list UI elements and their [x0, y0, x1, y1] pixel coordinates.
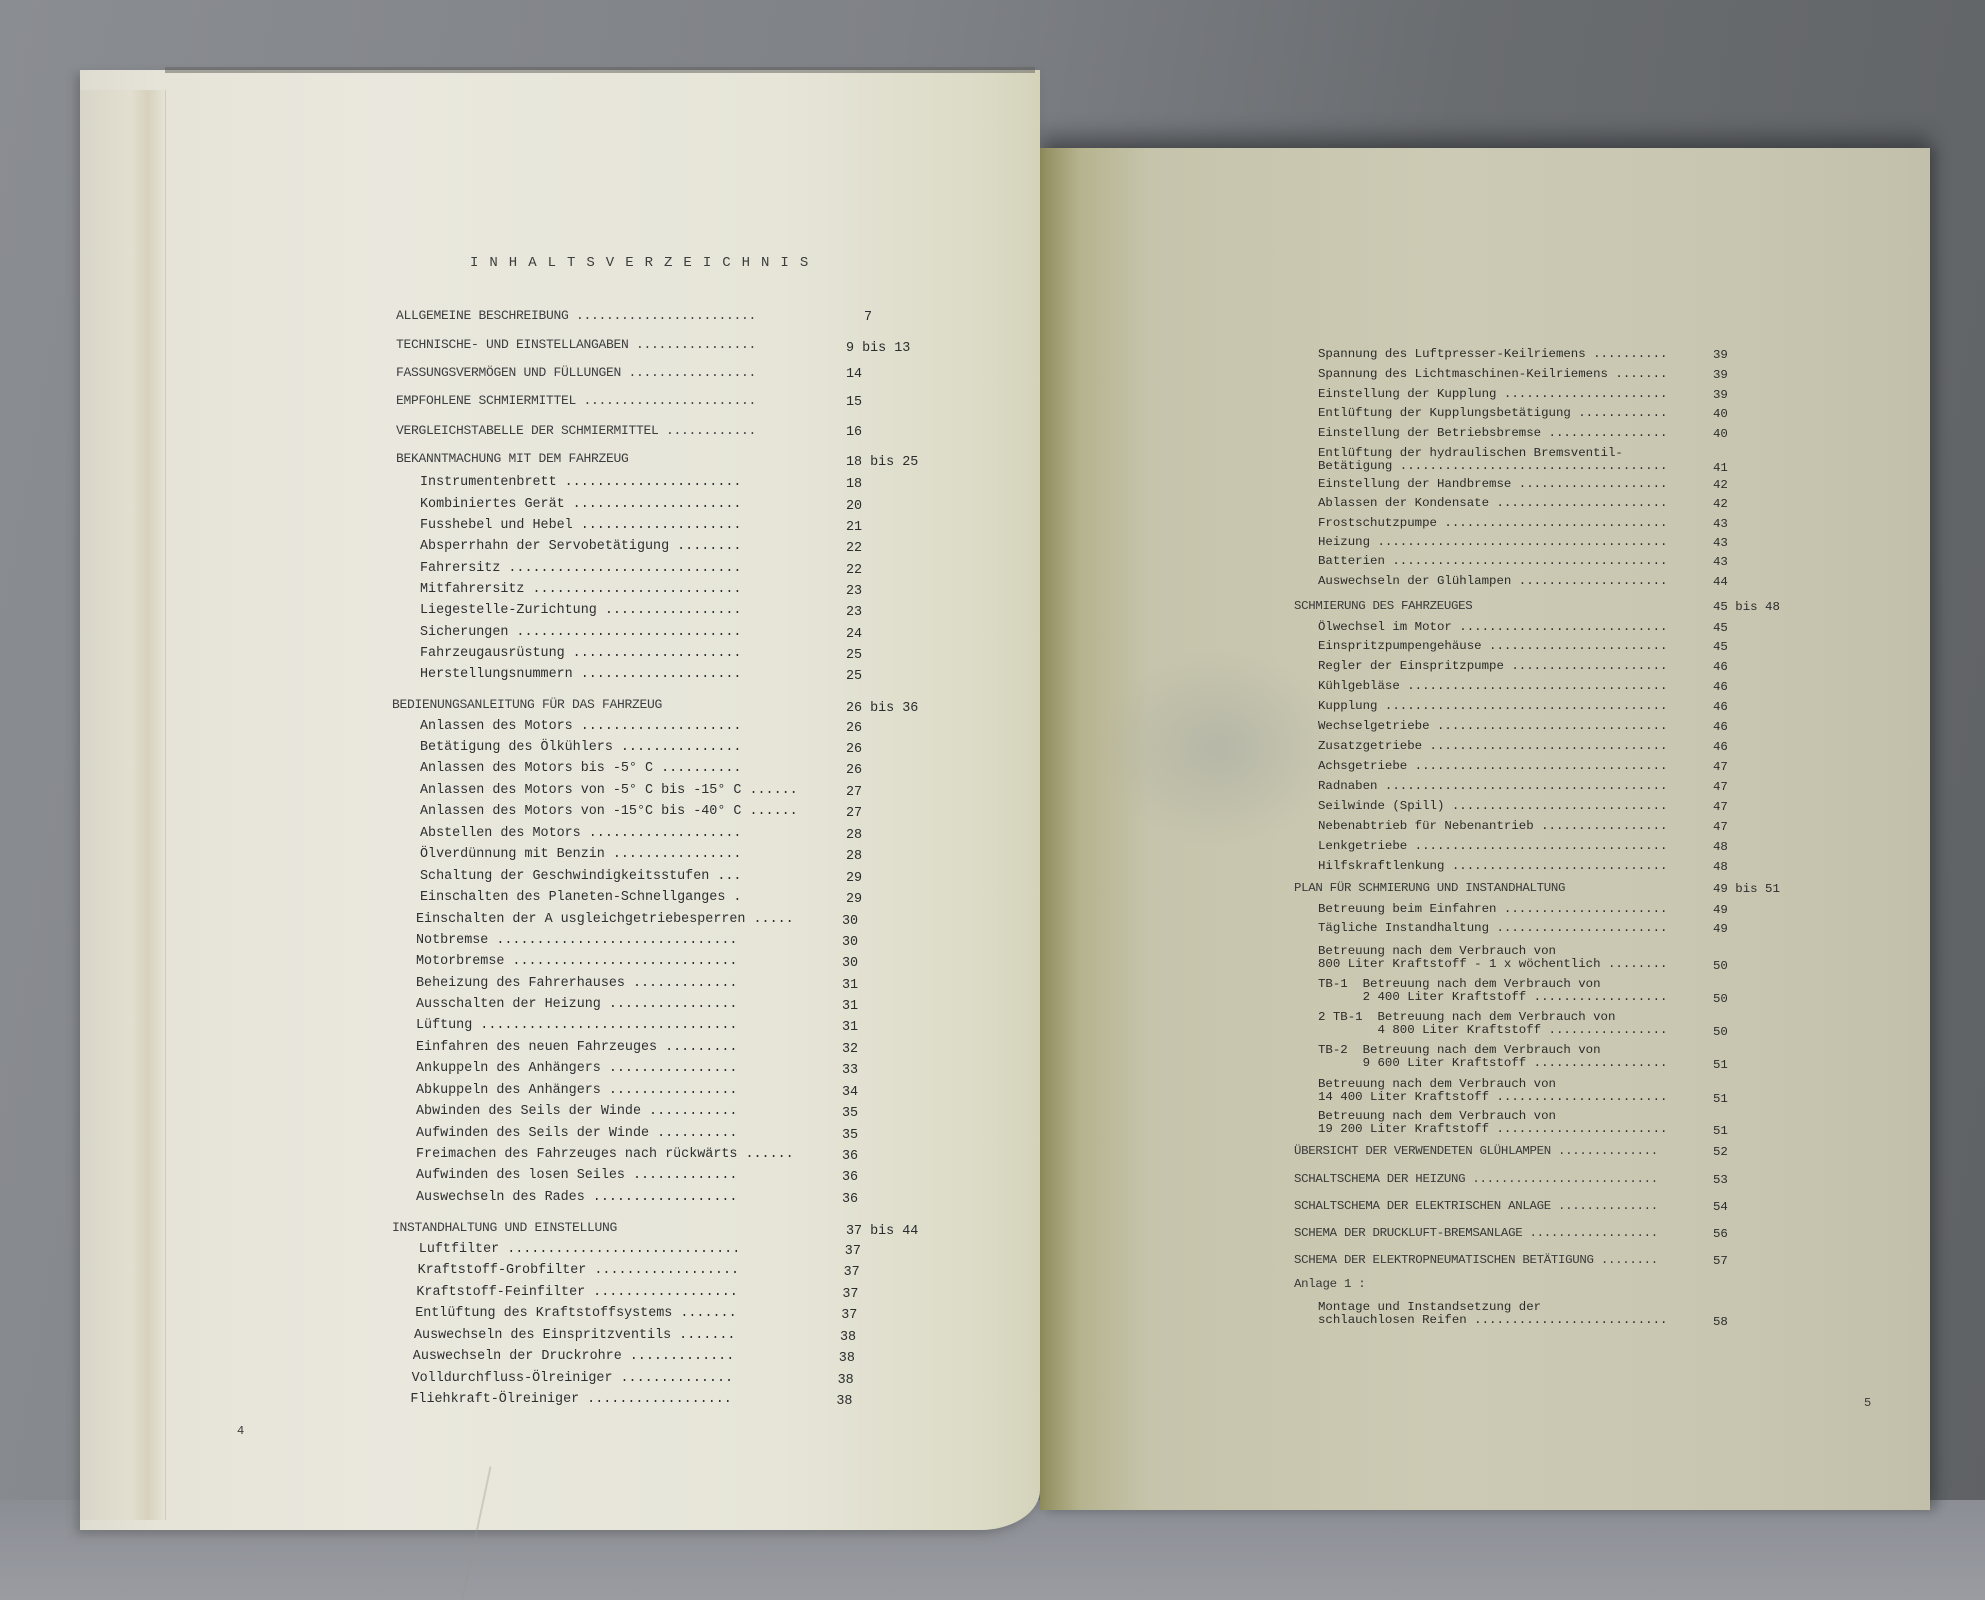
paper-smudge: [1100, 648, 1340, 848]
toc-page-number: 26: [846, 763, 862, 778]
toc-page-number: 47: [1713, 780, 1728, 794]
toc-entry: Auswechseln der Glühlampen .............…: [1318, 575, 1667, 588]
toc-page-number: 25: [846, 648, 862, 663]
toc-entry: 2 TB-1 Betreuung nach dem Verbrauch von …: [1318, 1011, 1667, 1037]
toc-page-number: 30: [842, 956, 858, 971]
toc-entry: Kraftstoff-Grobfilter ..................: [418, 1263, 739, 1279]
toc-page-number: 22: [846, 563, 862, 578]
toc-entry: Regler der Einspritzpumpe ..............…: [1318, 660, 1667, 673]
toc-page-number: 9 bis 13: [846, 341, 910, 356]
toc-section-heading: ÜBERSICHT DER VERWENDETEN GLÜHLAMPEN ...…: [1294, 1145, 1658, 1158]
toc-entry: Beheizung des Fahrerhauses .............: [416, 976, 737, 992]
toc-page-number: 56: [1713, 1227, 1728, 1241]
toc-entry: Einschalten der A usgleichgetriebesperre…: [416, 912, 794, 928]
toc-page-number: 29: [846, 871, 862, 886]
toc-page-number: 42: [1713, 478, 1728, 492]
toc-entry: Lüftung ................................: [416, 1018, 737, 1034]
toc-entry: Frostschutzpumpe .......................…: [1318, 517, 1667, 530]
toc-page-number: 52: [1713, 1145, 1728, 1159]
toc-page-number: 53: [1713, 1173, 1728, 1187]
toc-entry: Einspritzpumpengehäuse .................…: [1318, 640, 1667, 653]
toc-entry: Sicherungen ............................: [420, 625, 741, 641]
toc-page-number: 41: [1713, 461, 1728, 475]
toc-entry: Betreuung nach dem Verbrauch von 19 200 …: [1318, 1110, 1667, 1136]
toc-entry: Radnaben ...............................…: [1318, 780, 1667, 793]
toc-page-number: 23: [846, 584, 862, 599]
toc-page-number: 27: [846, 806, 862, 821]
toc-entry: Nebenabtrieb für Nebenantrieb ..........…: [1318, 820, 1667, 833]
toc-entry: Ablassen der Kondensate ................…: [1318, 497, 1667, 510]
toc-page-number: 47: [1713, 800, 1728, 814]
toc-page-number: 32: [842, 1042, 858, 1057]
toc-entry: Kraftstoff-Feinfilter ..................: [416, 1285, 737, 1301]
toc-entry: Heizung ................................…: [1318, 536, 1667, 549]
toc-entry: Betreuung beim Einfahren ...............…: [1318, 903, 1667, 916]
toc-page-number: 45 bis 48: [1713, 600, 1780, 614]
toc-entry: Fahrzeugausrüstung .....................: [420, 646, 741, 662]
toc-section-heading: SCHALTSCHEMA DER HEIZUNG ...............…: [1294, 1173, 1658, 1186]
toc-page-number: 18: [846, 477, 862, 492]
toc-page-number: 40: [1713, 407, 1728, 421]
toc-entry: Aufwinden des losen Seiles .............: [416, 1168, 737, 1184]
toc-page-number: 37 bis 44: [846, 1224, 918, 1239]
toc-entry: Aufwinden des Seils der Winde ..........: [416, 1126, 737, 1142]
toc-entry: Hilfskraftlenkung ......................…: [1318, 860, 1667, 873]
toc-page-number: 38: [836, 1394, 852, 1409]
toc-section-heading: SCHEMA DER ELEKTROPNEUMATISCHEN BETÄTIGU…: [1294, 1254, 1658, 1267]
toc-entry: Ankuppeln des Anhängers ................: [416, 1061, 737, 1077]
toc-page-number: 37: [845, 1244, 861, 1259]
toc-page-number: 38: [840, 1330, 856, 1345]
toc-page-number: 42: [1713, 497, 1728, 511]
toc-page-number: 35: [842, 1128, 858, 1143]
toc-entry: Fliehkraft-Ölreiniger ..................: [410, 1392, 731, 1408]
toc-section-heading: PLAN FÜR SCHMIERUNG UND INSTANDHALTUNG: [1294, 882, 1565, 895]
toc-page-number: 57: [1713, 1254, 1728, 1268]
toc-page-number: 21: [846, 520, 862, 535]
toc-page-number: 28: [846, 849, 862, 864]
toc-page-number: 50: [1713, 1025, 1728, 1039]
toc-page-number: 36: [842, 1192, 858, 1207]
toc-page-number: 31: [842, 1020, 858, 1035]
toc-entry: Abstellen des Motors ...................: [420, 826, 741, 842]
toc-entry: Kombiniertes Gerät .....................: [420, 497, 741, 513]
toc-page-number: 43: [1713, 555, 1728, 569]
toc-page-number: 46: [1713, 680, 1728, 694]
toc-page-number: 35: [842, 1106, 858, 1121]
toc-section-heading: SCHALTSCHEMA DER ELEKTRISCHEN ANLAGE ...…: [1294, 1200, 1658, 1213]
toc-entry: Kupplung ...............................…: [1318, 700, 1667, 713]
toc-entry: Einstellung der Handbremse .............…: [1318, 478, 1667, 491]
toc-page-number: 48: [1713, 860, 1728, 874]
toc-page-number: 39: [1713, 388, 1728, 402]
toc-entry: Tägliche Instandhaltung ................…: [1318, 922, 1667, 935]
toc-page-number: 31: [842, 978, 858, 993]
toc-section-heading: SCHEMA DER DRUCKLUFT-BREMSANLAGE .......…: [1294, 1227, 1658, 1240]
toc-entry: Abwinden des Seils der Winde ...........: [416, 1104, 737, 1120]
toc-entry: Betreuung nach dem Verbrauch von 800 Lit…: [1318, 945, 1667, 971]
toc-section-heading: SCHMIERUNG DES FAHRZEUGES: [1294, 600, 1472, 613]
toc-entry: Wechselgetriebe ........................…: [1318, 720, 1667, 733]
toc-entry: Luftfilter .............................: [419, 1242, 740, 1258]
toc-page-number: 28: [846, 828, 862, 843]
toc-entry: Herstellungsnummern ....................: [420, 667, 741, 683]
toc-section-heading: FASSUNGSVERMÖGEN UND FÜLLUNGEN .........…: [396, 365, 756, 381]
toc-page-number: 33: [842, 1063, 858, 1078]
toc-page-number: 49: [1713, 903, 1728, 917]
toc-entry: TB-1 Betreuung nach dem Verbrauch von 2 …: [1318, 978, 1667, 1004]
toc-entry: Batterien ..............................…: [1318, 555, 1667, 568]
toc-entry: Ausschalten der Heizung ................: [416, 997, 737, 1013]
toc-page-number: 7: [864, 310, 872, 325]
toc-page-number: 16: [846, 425, 862, 440]
toc-entry: Anlassen des Motors von -15°C bis -40° C…: [420, 804, 798, 820]
toc-entry: Achsgetriebe ...........................…: [1318, 760, 1667, 773]
toc-entry: Auswechseln der Druckrohre .............: [413, 1349, 734, 1365]
toc-page-number: 50: [1713, 992, 1728, 1006]
toc-page-number: 45: [1713, 640, 1728, 654]
toc-section-heading: Anlage 1 :: [1294, 1278, 1365, 1291]
toc-page-number: 44: [1713, 575, 1728, 589]
toc-entry: Ölwechsel im Motor .....................…: [1318, 621, 1667, 634]
toc-page-number: 47: [1713, 760, 1728, 774]
toc-page-number: 50: [1713, 959, 1728, 973]
toc-entry: Betätigung des Ölkühlers ...............: [420, 740, 741, 756]
toc-page-number: 49 bis 51: [1713, 882, 1780, 896]
toc-page-number: 47: [1713, 820, 1728, 834]
toc-entry: Abkuppeln des Anhängers ................: [416, 1083, 737, 1099]
toc-page-number: 40: [1713, 427, 1728, 441]
toc-page-number: 15: [846, 395, 862, 410]
toc-page-number: 26: [846, 742, 862, 757]
toc-entry: Mitfahrersitz ..........................: [420, 582, 741, 598]
toc-entry: Anlassen des Motors ....................: [420, 719, 741, 735]
toc-page-number: 39: [1713, 368, 1728, 382]
toc-entry: Entlüftung der Kupplungsbetätigung .....…: [1318, 407, 1667, 420]
toc-entry: Spannung des Lichtmaschinen-Keilriemens …: [1318, 368, 1667, 381]
toc-entry: Volldurchfluss-Ölreiniger ..............: [412, 1371, 733, 1387]
toc-section-heading: INSTANDHALTUNG UND EINSTELLUNG: [392, 1220, 617, 1236]
toc-page-number: 39: [1713, 348, 1728, 362]
toc-entry: Spannung des Luftpresser-Keilriemens ...…: [1318, 348, 1667, 361]
toc-entry: TB-2 Betreuung nach dem Verbrauch von 9 …: [1318, 1044, 1667, 1070]
toc-page-number: 43: [1713, 536, 1728, 550]
toc-page-number: 29: [846, 892, 862, 907]
toc-page-number: 26: [846, 721, 862, 736]
toc-page-number: 51: [1713, 1058, 1728, 1072]
toc-entry: Schaltung der Geschwindigkeitsstufen ...: [420, 869, 741, 885]
toc-page-number: 49: [1713, 922, 1728, 936]
toc-page-number: 23: [846, 605, 862, 620]
toc-entry: Notbremse ..............................: [416, 933, 737, 949]
toc-page-number: 38: [838, 1373, 854, 1388]
toc-page-number: 46: [1713, 660, 1728, 674]
toc-page-number: 37: [841, 1308, 857, 1323]
toc-page-number: 46: [1713, 740, 1728, 754]
toc-page-number: 30: [842, 914, 858, 929]
toc-page-number: 45: [1713, 621, 1728, 635]
toc-title: INHALTSVERZEICHNIS: [470, 255, 819, 271]
toc-page-number: 25: [846, 669, 862, 684]
toc-page-number: 22: [846, 541, 862, 556]
toc-entry: Zusatzgetriebe .........................…: [1318, 740, 1667, 753]
toc-entry: Lenkgetriebe ...........................…: [1318, 840, 1667, 853]
toc-page-number: 26 bis 36: [846, 701, 918, 716]
toc-page-number: 27: [846, 785, 862, 800]
toc-entry: Einschalten des Planeten-Schnellganges .: [420, 890, 741, 906]
toc-entry: Betreuung nach dem Verbrauch von 14 400 …: [1318, 1078, 1667, 1104]
toc-page-number: 36: [842, 1170, 858, 1185]
toc-page-number: 54: [1713, 1200, 1728, 1214]
toc-section-heading: TECHNISCHE- UND EINSTELLANGABEN ........…: [396, 337, 756, 353]
toc-entry: Auswechseln des Rades ..................: [416, 1190, 737, 1206]
toc-entry: Entlüftung der hydraulischen Bremsventil…: [1318, 447, 1667, 473]
toc-page-number: 48: [1713, 840, 1728, 854]
toc-entry: Absperrhahn der Servobetätigung ........: [420, 539, 741, 555]
toc-page-number: 37: [844, 1265, 860, 1280]
toc-entry: Fusshebel und Hebel ....................: [420, 518, 741, 534]
toc-entry: Einstellung der Kupplung ...............…: [1318, 388, 1667, 401]
left-page-number: 4: [237, 1424, 244, 1438]
toc-entry: Einstellung der Betriebsbremse .........…: [1318, 427, 1667, 440]
toc-section-heading: ALLGEMEINE BESCHREIBUNG ................…: [396, 308, 756, 324]
toc-page-number: 46: [1713, 720, 1728, 734]
toc-page-number: 30: [842, 935, 858, 950]
toc-entry: Anlassen des Motors bis -5° C ..........: [420, 761, 741, 777]
toc-entry: Fahrersitz .............................: [420, 561, 741, 577]
stacked-page-edges: [80, 90, 166, 1520]
toc-page-number: 58: [1713, 1315, 1728, 1329]
right-page-number: 5: [1864, 1396, 1871, 1410]
toc-page-number: 31: [842, 999, 858, 1014]
toc-entry: Entlüftung des Kraftstoffsystems .......: [415, 1306, 736, 1322]
toc-section-heading: BEKANNTMACHUNG MIT DEM FAHRZEUG: [396, 451, 629, 467]
toc-page-number: 37: [842, 1287, 858, 1302]
toc-page-number: 24: [846, 627, 862, 642]
toc-page-number: 51: [1713, 1124, 1728, 1138]
toc-entry: Auswechseln des Einspritzventils .......: [414, 1328, 735, 1344]
toc-entry: Ölverdünnung mit Benzin ................: [420, 847, 741, 863]
toc-section-heading: BEDIENUNGSANLEITUNG FÜR DAS FAHRZEUG: [392, 697, 662, 713]
toc-page-number: 18 bis 25: [846, 455, 918, 470]
toc-entry: Kühlgebläse ............................…: [1318, 680, 1667, 693]
toc-entry: Montage und Instandsetzung der schlauchl…: [1318, 1301, 1667, 1327]
toc-entry: Motorbremse ............................: [416, 954, 737, 970]
toc-page-number: 46: [1713, 700, 1728, 714]
toc-entry: Einfahren des neuen Fahrzeuges .........: [416, 1040, 737, 1056]
toc-page-number: 43: [1713, 517, 1728, 531]
toc-page-number: 20: [846, 499, 862, 514]
toc-entry: Anlassen des Motors von -5° C bis -15° C…: [420, 783, 798, 799]
toc-entry: Freimachen des Fahrzeuges nach rückwärts…: [416, 1147, 794, 1163]
toc-entry: Seilwinde (Spill) ......................…: [1318, 800, 1667, 813]
toc-entry: Instrumentenbrett ......................: [420, 475, 741, 491]
toc-page-number: 38: [839, 1351, 855, 1366]
toc-page-number: 14: [846, 367, 862, 382]
toc-section-heading: VERGLEICHSTABELLE DER SCHMIERMITTEL ....…: [396, 423, 756, 439]
toc-entry: Liegestelle-Zurichtung .................: [420, 603, 741, 619]
toc-page-number: 51: [1713, 1092, 1728, 1106]
toc-page-number: 34: [842, 1085, 858, 1100]
toc-page-number: 36: [842, 1149, 858, 1164]
toc-section-heading: EMPFOHLENE SCHMIERMITTEL ...............…: [396, 393, 756, 409]
page-top-shadow: [165, 67, 1035, 73]
